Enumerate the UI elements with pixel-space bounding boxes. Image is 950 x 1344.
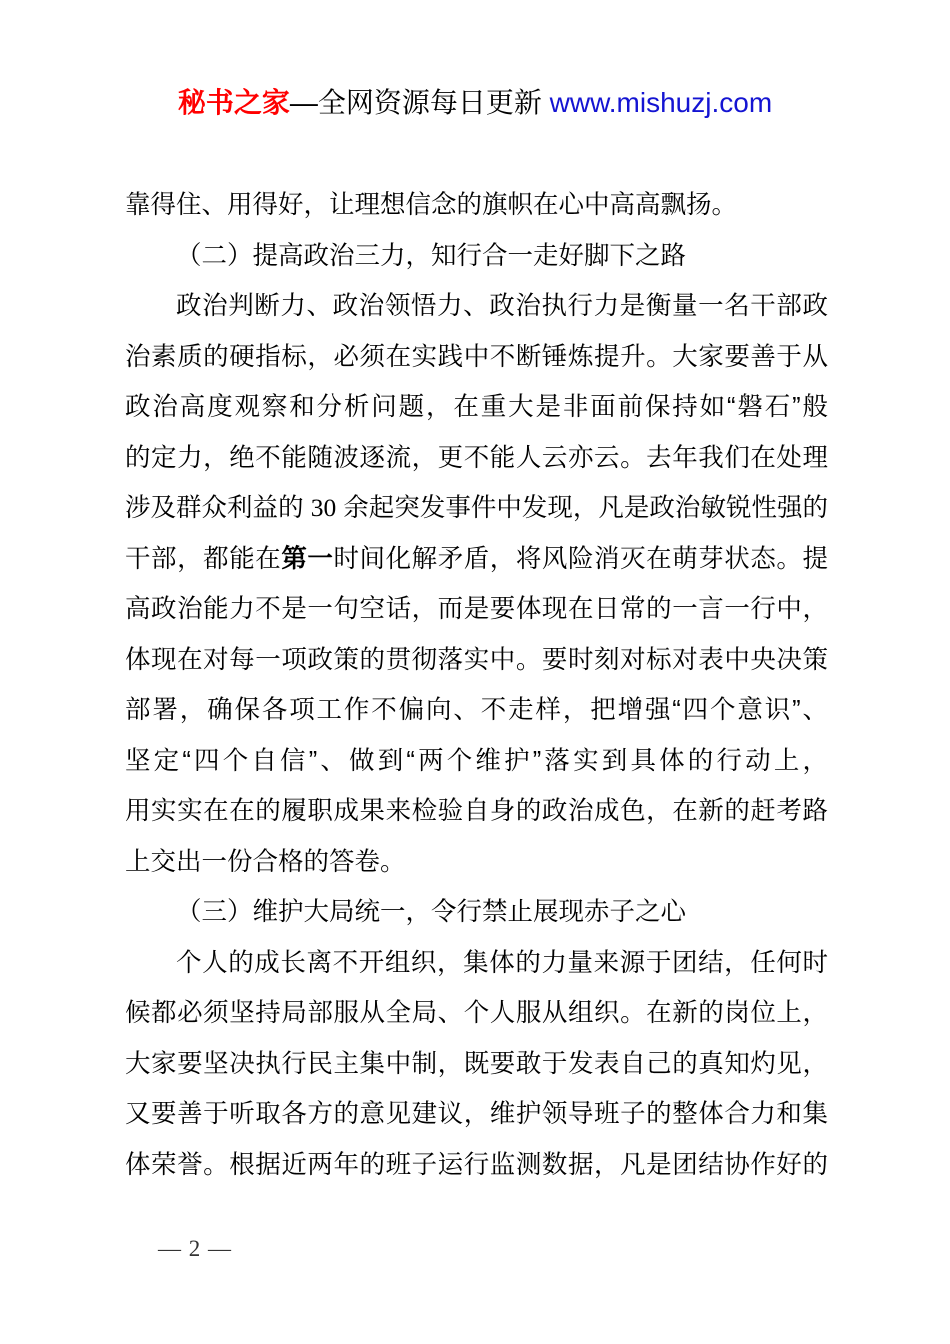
text-line: 治素质的硬指标，必须在实践中不断锤炼提升。大家要善于从	[125, 332, 828, 383]
text-segment: 部署，确保各项工作不偏向、不走样，把增强“四个意识”、	[125, 696, 828, 724]
section-heading-line: （二）提高政治三力，知行合一走好脚下之路	[125, 231, 828, 282]
text-segment: 体现在对每一项政策的贯彻落实中。要时刻对标对表中央决策	[125, 646, 828, 674]
text-segment: 余起突发事件中发现，凡是政治敏锐性强的	[336, 494, 828, 522]
text-segment: （二）提高政治三力，知行合一走好脚下之路	[176, 242, 686, 270]
emphasized-text: 第一	[281, 545, 333, 573]
text-line: 的定力，绝不能随波逐流，更不能人云亦云。去年我们在处理	[125, 433, 828, 484]
document-body: 靠得住、用得好，让理想信念的旗帜在心中高高飘扬。（二）提高政治三力，知行合一走好…	[125, 180, 828, 1190]
text-line: 体现在对每一项政策的贯彻落实中。要时刻对标对表中央决策	[125, 635, 828, 686]
text-line: 又要善于听取各方的意见建议，维护领导班子的整体合力和集	[125, 1089, 828, 1140]
site-header: 秘书之家—全网资源每日更新 www.mishuzj.com	[0, 88, 950, 118]
text-line: 政治高度观察和分析问题，在重大是非面前保持如“磐石”般	[125, 382, 828, 433]
page-number: — 2 —	[158, 1236, 232, 1262]
text-segment: 大家要坚决执行民主集中制，既要敢于发表自己的真知灼见，	[125, 1050, 828, 1078]
section-heading-line: （三）维护大局统一，令行禁止展现赤子之心	[125, 887, 828, 938]
document-page: 秘书之家—全网资源每日更新 www.mishuzj.com 靠得住、用得好，让理…	[0, 0, 950, 1344]
text-segment: 坚定“四个自信”、做到“两个维护”落实到具体的行动上，	[125, 747, 828, 775]
text-line: 涉及群众利益的 30 余起突发事件中发现，凡是政治敏锐性强的	[125, 483, 828, 534]
text-segment: 政治高度观察和分析问题，在重大是非面前保持如“磐石”般	[125, 393, 828, 421]
text-line: 用实实在在的履职成果来检验自身的政治成色，在新的赶考路	[125, 786, 828, 837]
text-line: 干部，都能在第一时间化解矛盾，将风险消灭在萌芽状态。提	[125, 534, 828, 585]
text-segment: 涉及群众利益的	[125, 494, 311, 522]
text-segment: 时间化解矛盾，将风险消灭在萌芽状态。提	[333, 545, 828, 573]
text-line: 上交出一份合格的答卷。	[125, 837, 828, 888]
text-line: 大家要坚决执行民主集中制，既要敢于发表自己的真知灼见，	[125, 1039, 828, 1090]
text-line: 体荣誉。根据近两年的班子运行监测数据，凡是团结协作好的	[125, 1140, 828, 1191]
site-brand: 秘书之家	[178, 87, 290, 118]
text-line: 候都必须坚持局部服从全局、个人服从组织。在新的岗位上，	[125, 988, 828, 1039]
text-line: 高政治能力不是一句空话，而是要体现在日常的一言一行中，	[125, 584, 828, 635]
text-segment: 候都必须坚持局部服从全局、个人服从组织。在新的岗位上，	[125, 999, 828, 1027]
text-line: 政治判断力、政治领悟力、政治执行力是衡量一名干部政	[125, 281, 828, 332]
text-segment: （三）维护大局统一，令行禁止展现赤子之心	[176, 898, 686, 926]
numeric-text: 30	[311, 493, 337, 522]
text-segment: 个人的成长离不开组织，集体的力量来源于团结，任何时	[176, 949, 828, 977]
text-line: 坚定“四个自信”、做到“两个维护”落实到具体的行动上，	[125, 736, 828, 787]
text-segment: 又要善于听取各方的意见建议，维护领导班子的整体合力和集	[125, 1100, 828, 1128]
text-segment: 治素质的硬指标，必须在实践中不断锤炼提升。大家要善于从	[125, 343, 828, 371]
text-line: 靠得住、用得好，让理想信念的旗帜在心中高高飘扬。	[125, 180, 828, 231]
site-tagline: —全网资源每日更新	[290, 87, 550, 118]
text-segment: 靠得住、用得好，让理想信念的旗帜在心中高高飘扬。	[125, 191, 737, 219]
text-segment: 用实实在在的履职成果来检验自身的政治成色，在新的赶考路	[125, 797, 828, 825]
text-segment: 政治判断力、政治领悟力、政治执行力是衡量一名干部政	[176, 292, 828, 320]
text-segment: 体荣誉。根据近两年的班子运行监测数据，凡是团结协作好的	[125, 1151, 828, 1179]
site-url-link[interactable]: www.mishuzj.com	[550, 87, 772, 118]
text-segment: 上交出一份合格的答卷。	[125, 848, 406, 876]
text-segment: 干部，都能在	[125, 545, 281, 573]
text-line: 部署，确保各项工作不偏向、不走样，把增强“四个意识”、	[125, 685, 828, 736]
text-segment: 高政治能力不是一句空话，而是要体现在日常的一言一行中，	[125, 595, 828, 623]
text-line: 个人的成长离不开组织，集体的力量来源于团结，任何时	[125, 938, 828, 989]
text-segment: 的定力，绝不能随波逐流，更不能人云亦云。去年我们在处理	[125, 444, 828, 472]
